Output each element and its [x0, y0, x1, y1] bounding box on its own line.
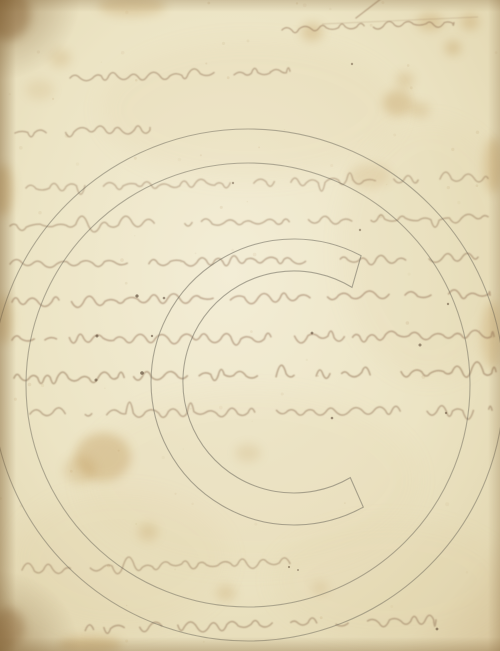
paper-freckle — [162, 456, 165, 459]
paper-freckle — [101, 61, 102, 62]
paper-freckle — [191, 503, 194, 506]
mottle-patch — [270, 520, 500, 640]
paper-freckle — [250, 330, 253, 333]
ink-speck — [436, 628, 439, 631]
paper-freckle — [41, 384, 44, 387]
paper-freckle — [219, 406, 223, 410]
ink-speck — [135, 294, 138, 297]
foxing-stain — [410, 102, 430, 118]
ink-speck — [232, 182, 234, 184]
ink-speck — [288, 566, 290, 568]
vignette-right — [488, 0, 500, 651]
paper-freckle — [393, 133, 396, 136]
foxing-stain — [383, 90, 413, 116]
paper-freckle — [330, 164, 333, 167]
paper-freckle — [174, 568, 176, 570]
paper-freckle — [222, 42, 225, 45]
paper-freckle — [135, 79, 138, 82]
paper-freckle — [258, 147, 260, 149]
foxing-stain — [138, 523, 158, 541]
foxing-stain — [461, 14, 479, 30]
paper-freckle — [408, 273, 411, 276]
foxing-stain — [235, 444, 261, 462]
paper-freckle — [344, 502, 346, 504]
vignette-corner-topleft — [0, 0, 80, 80]
paper-freckle — [104, 388, 105, 389]
paper-freckle — [220, 206, 223, 209]
paper-freckle — [205, 62, 207, 64]
paper-freckle — [195, 253, 197, 255]
paper-freckle — [406, 321, 410, 325]
ink-speck — [297, 569, 299, 571]
paper-freckle — [174, 493, 176, 495]
ink-speck — [96, 335, 99, 338]
foxing-stain — [396, 72, 414, 88]
paper-freckle — [370, 24, 373, 27]
paper-freckle — [251, 421, 252, 422]
paper-freckle — [476, 131, 479, 134]
paper-freckle — [306, 359, 308, 361]
paper-freckle — [135, 523, 137, 525]
paper-freckle — [284, 129, 286, 131]
paper-freckle — [447, 186, 450, 189]
ink-speck — [140, 371, 144, 375]
paper-freckle — [121, 51, 125, 55]
paper-freckle — [190, 408, 192, 410]
ink-speck — [351, 63, 353, 65]
paper-freckle — [76, 162, 79, 165]
ink-speck — [445, 412, 447, 414]
paper-freckle — [19, 146, 23, 150]
paper-freckle — [320, 616, 323, 619]
ink-speck — [419, 344, 422, 347]
foxing-stain — [301, 23, 323, 41]
paper-freckle — [231, 249, 234, 252]
manuscript-letter-photo — [0, 0, 500, 651]
paper-freckle — [457, 201, 460, 204]
paper-freckle — [200, 154, 202, 156]
paper-freckle — [28, 383, 32, 387]
paper-freckle — [52, 98, 54, 100]
paper-freckle — [134, 235, 135, 236]
vignette-corner-bottomleft — [0, 571, 80, 651]
letter-canvas — [0, 0, 500, 651]
mottle-patch — [100, 40, 400, 180]
paper-freckle — [254, 523, 257, 526]
foxing-stain — [348, 164, 392, 188]
paper-freckle — [247, 201, 249, 203]
foxing-stain — [216, 585, 236, 601]
ink-speck — [95, 379, 98, 382]
paper-freckle — [466, 571, 469, 574]
paper-freckle — [476, 184, 479, 187]
ink-speck — [359, 229, 361, 231]
paper-freckle — [451, 148, 454, 151]
vignette-left — [0, 0, 16, 651]
paper-freckle — [253, 253, 257, 257]
paper-freckle — [180, 262, 181, 263]
paper-freckle — [126, 605, 127, 606]
paper-freckle — [227, 76, 230, 79]
ink-speck — [311, 332, 314, 335]
ink-speck — [163, 297, 166, 300]
paper-freckle — [183, 448, 185, 450]
paper-freckle — [125, 282, 128, 285]
ink-speck — [151, 335, 153, 337]
paper-freckle — [120, 258, 124, 262]
paper-freckle — [247, 39, 250, 42]
foxing-stain — [64, 456, 96, 484]
paper-freckle — [407, 64, 410, 67]
foxing-stain — [26, 80, 54, 100]
paper-freckle — [134, 157, 137, 160]
paper-freckle — [445, 502, 449, 506]
paper-freckle — [410, 86, 413, 89]
paper-freckle — [281, 392, 284, 395]
ink-speck — [447, 303, 449, 305]
foxing-stain — [445, 41, 461, 55]
ink-speck — [331, 417, 334, 420]
paper-freckle — [390, 605, 393, 608]
paper-freckle — [38, 211, 41, 214]
paper-freckle — [178, 158, 181, 161]
